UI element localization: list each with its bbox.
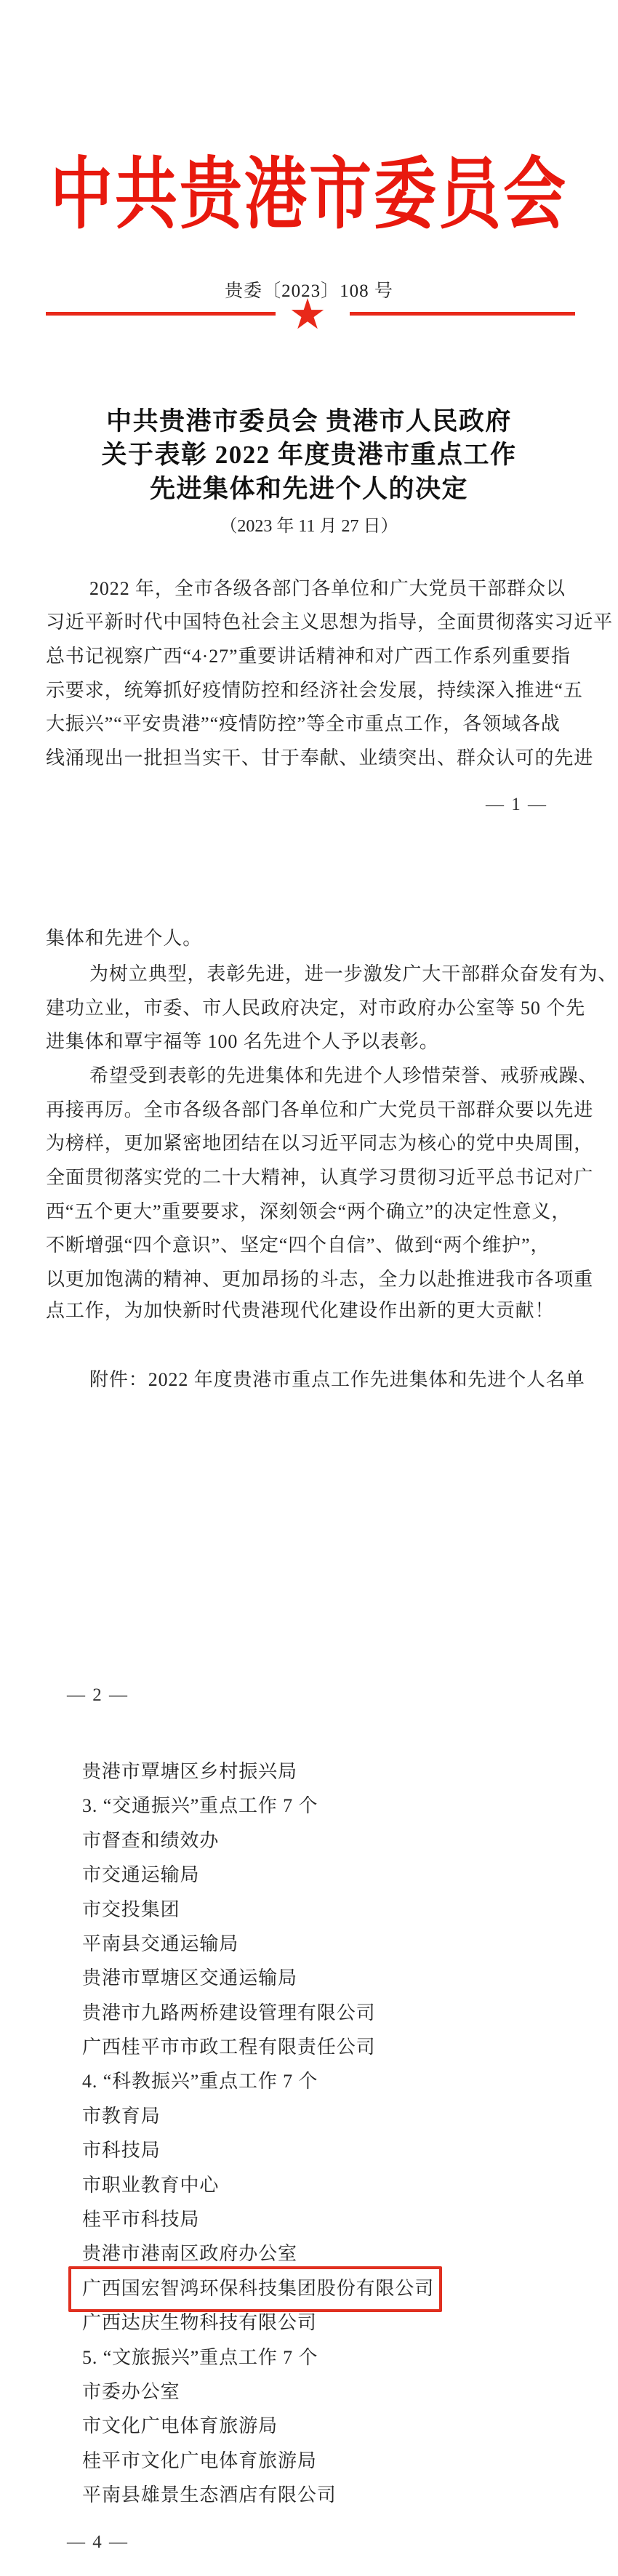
body-line: 为树立典型，表彰先进，进一步激发广大干部群众奋发有为、 (89, 962, 617, 987)
body-line: 2022 年，全市各级各部门各单位和广大党员干部群众以 (89, 577, 566, 601)
body-line: 总书记视察广西“4·27”重要讲话精神和对广西工作系列重要指 (46, 644, 571, 669)
page-marker-2: — 2 — (67, 1685, 129, 1706)
roster-item: 广西达庆生物科技有限公司 (82, 2311, 317, 2335)
red-separator-left (46, 312, 276, 316)
roster-item: 桂平市文化广电体育旅游局 (82, 2449, 317, 2473)
roster-section-heading: 3. “交通振兴”重点工作 7 个 (82, 1794, 318, 1818)
page-marker-1: — 1 — (486, 795, 547, 815)
roster-item: 贵港市覃塘区乡村振兴局 (82, 1760, 297, 1784)
body-line: 希望受到表彰的先进集体和先进个人珍惜荣誉、戒骄戒躁、 (89, 1064, 598, 1088)
roster-item: 市交投集团 (82, 1898, 180, 1922)
body-line: 习近平新时代中国特色社会主义思想为指导，全面贯彻落实习近平 (46, 610, 613, 635)
roster-item: 市职业教育中心 (82, 2173, 219, 2198)
title-line-1: 中共贵港市委员会 贵港市人民政府 (0, 401, 618, 438)
body-line: 建功立业，市委、市人民政府决定，对市政府办公室等 50 个先 (46, 996, 585, 1021)
roster-item: 市文化广电体育旅游局 (82, 2414, 278, 2439)
roster-item: 广西桂平市市政工程有限责任公司 (82, 2035, 376, 2060)
roster-item-highlighted: 广西国宏智鸿环保科技集团股份有限公司 (82, 2276, 434, 2301)
red-star-icon: ★ (289, 293, 326, 335)
roster-item: 贵港市港南区政府办公室 (82, 2242, 297, 2266)
roster-item: 市督查和绩效办 (82, 1829, 219, 1853)
title-date: （2023 年 11 月 27 日） (0, 511, 618, 537)
body-line: 再接再厉。全市各级各部门各单位和广大党员干部群众要以先进 (46, 1098, 593, 1123)
body-line: 不断增强“四个意识”、坚定“四个自信”、做到“两个维护”， (46, 1233, 550, 1258)
body-line: 点工作，为加快新时代贵港现代化建设作出新的更大贡献！ (46, 1299, 554, 1323)
roster-item: 市教育局 (82, 2104, 161, 2129)
body-line: 集体和先进个人。 (46, 926, 202, 951)
roster-item: 平南县交通运输局 (82, 1932, 238, 1957)
document-page: 中共贵港市委员会 贵委〔2023〕108 号 ★ 中共贵港市委员会 贵港市人民政… (0, 0, 618, 2576)
roster-item: 贵港市九路两桥建设管理有限公司 (82, 2001, 376, 2026)
roster-section-heading: 4. “科教振兴”重点工作 7 个 (82, 2069, 318, 2094)
org-header: 中共贵港市委员会 (0, 131, 618, 244)
roster-item: 平南县雄景生态酒店有限公司 (82, 2483, 337, 2508)
title-line-3: 先进集体和先进个人的决定 (0, 469, 618, 505)
body-line: 以更加饱满的精神、更加昂扬的斗志，全力以赴推进我市各项重 (46, 1267, 593, 1292)
roster-item: 市科技局 (82, 2138, 161, 2163)
body-line: 为榜样，更加紧密地团结在以习近平同志为核心的党中央周围， (46, 1131, 593, 1156)
body-line: 线涌现出一批担当实干、甘于奉献、业绩突出、群众认可的先进 (46, 746, 593, 771)
body-line: 西“五个更大”重要要求，深刻领会“两个确立”的决定性意义， (46, 1200, 571, 1224)
body-line: 示要求，统筹抓好疫情防控和经济社会发展，持续深入推进“五 (46, 678, 583, 703)
red-separator-right (350, 312, 575, 316)
body-line: 大振兴”“平安贵港”“疫情防控”等全市重点工作，各领域各战 (46, 712, 561, 737)
title-line-2: 关于表彰 2022 年度贵港市重点工作 (0, 435, 618, 471)
roster-item: 贵港市覃塘区交通运输局 (82, 1966, 297, 1991)
roster-item: 市委办公室 (82, 2380, 180, 2404)
body-line: 进集体和覃宇福等 100 名先进个人予以表彰。 (46, 1030, 439, 1054)
attachment-note: 附件：2022 年度贵港市重点工作先进集体和先进个人名单 (89, 1368, 585, 1392)
roster-item: 市交通运输局 (82, 1863, 199, 1887)
roster-section-heading: 5. “文旅振兴”重点工作 7 个 (82, 2346, 318, 2370)
body-line: 全面贯彻落实党的二十大精神，认真学习贯彻习近平总书记对广 (46, 1165, 593, 1190)
page-marker-4: — 4 — (67, 2532, 129, 2553)
roster-item: 桂平市科技局 (82, 2207, 199, 2232)
